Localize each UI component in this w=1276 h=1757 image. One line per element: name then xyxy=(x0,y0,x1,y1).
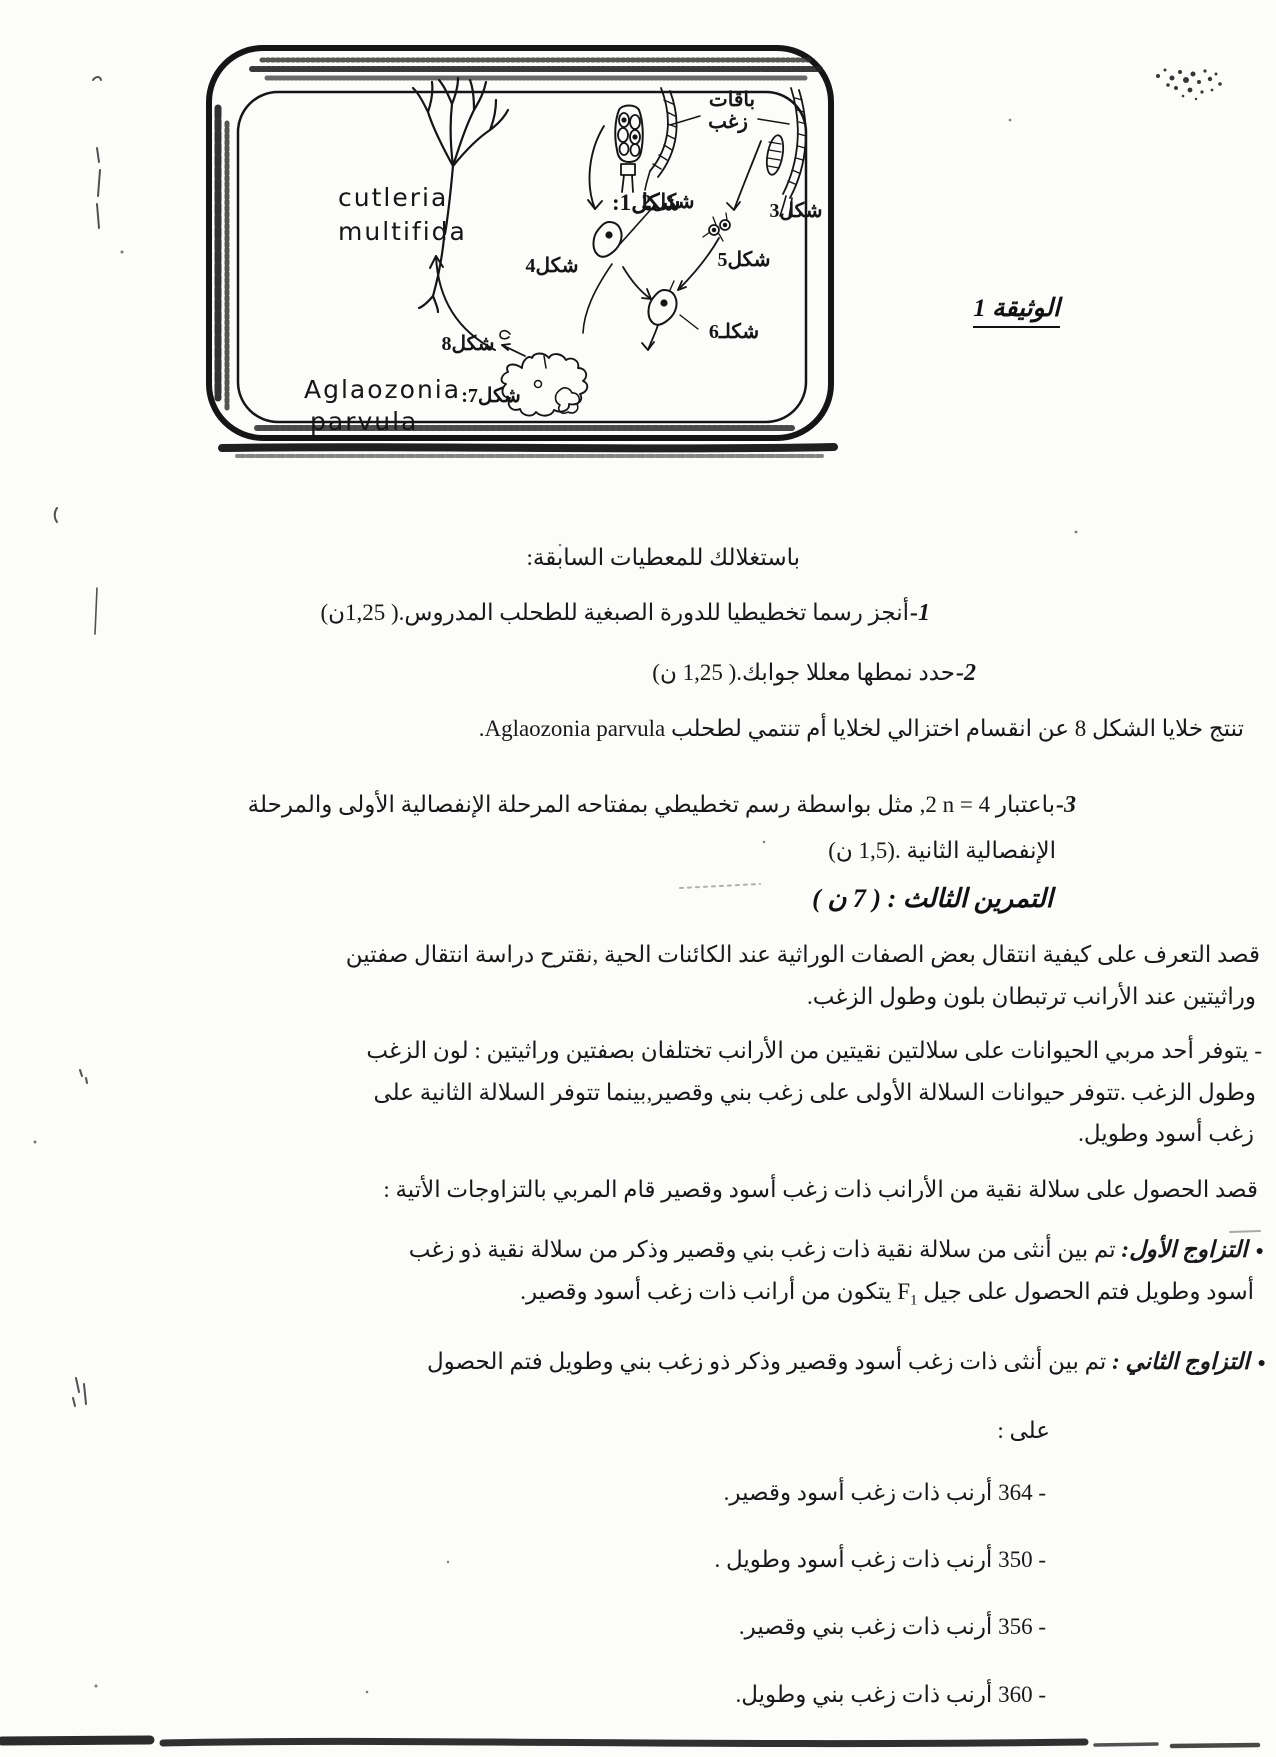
arrow-fig2-to-fig4 xyxy=(588,126,604,209)
exercise-3-paragraph-2-line2: وطول الزغب .تتوفر حيوانات السلالة الأولى… xyxy=(373,1080,1256,1106)
exercise-3-paragraph-1-line2: وراثيتين عند الأرانب ترتبطان بلون وطول ا… xyxy=(807,984,1256,1010)
fig2-filament-drawing xyxy=(645,88,677,190)
fig7-species-name-line2: parvula xyxy=(310,407,418,436)
fig4-label: شكل4 xyxy=(526,255,579,277)
arrow-fig7-to-fig8 xyxy=(502,344,525,356)
fig5-label: شكل5 xyxy=(718,249,771,271)
question-2-number: 2- xyxy=(955,660,976,686)
question-1-text: أنجز رسما تخطيطيا للدورة الصبغية للطحلب … xyxy=(320,600,909,625)
question-3-text-pre: باعتبار xyxy=(990,792,1055,817)
result-item-4: - 360 أرنب ذات زغب بني وطويل. xyxy=(735,1682,1046,1708)
cross-1-line2-pre: أسود وطويل فتم الحصول على جيل xyxy=(917,1279,1254,1304)
arrow-fig4-to-fig6 xyxy=(623,267,651,299)
question-3-text-post: , مثل بواسطة رسم تخطيطي بمفتاحه المرحلة … xyxy=(248,792,926,817)
algae-lifecycle-diagram: cutleria شكل1: multifida باقات زغب شكل2 … xyxy=(192,38,852,462)
f1-generation-symbol: F1 xyxy=(897,1279,917,1310)
fig7-species-name-line1: Aglaozonia xyxy=(304,375,461,404)
scanned-exam-page: cutleria شكل1: multifida باقات زغب شكل2 … xyxy=(0,0,1276,1757)
fig3-label: شكل3 xyxy=(770,200,823,222)
cross-1-title: التزاوج الأول: xyxy=(1121,1237,1247,1262)
fig4-zoospore-drawing xyxy=(583,206,654,333)
fig6-label: شكلـ6 xyxy=(709,321,759,343)
fig6-zygote-drawing xyxy=(648,281,698,329)
fig5-gametes-drawing xyxy=(703,213,730,241)
fig8-label: شكل8 xyxy=(442,333,495,355)
question-3-line2: الإنفصالية الثانية .(1,5 ن) xyxy=(828,838,1056,864)
fig7-label: شكل7: xyxy=(461,385,521,407)
fuzz-label-line1: باقات xyxy=(709,89,755,111)
result-item-3: - 356 أرنب ذات زغب بني وقصير. xyxy=(739,1614,1046,1640)
exercise-3-heading: التمرين الثالث : ( 7 ن ) xyxy=(812,884,1053,914)
fig1-species-name-line1: cutleria xyxy=(338,183,448,212)
fig8-doodle xyxy=(500,331,510,339)
result-item-1: - 364 أرنب ذات زغب أسود وقصير. xyxy=(724,1480,1046,1506)
question-1-number: 1- xyxy=(909,600,930,626)
fig1-species-name-line2: multifida xyxy=(338,217,467,246)
cross-2-title: التزاوج الثاني : xyxy=(1112,1349,1249,1374)
f1-base: F xyxy=(897,1279,910,1304)
question-2: 2-حدد نمطها معللا جوابك.( 1,25 ن) xyxy=(652,660,976,687)
cross-1-bullet-icon: ● xyxy=(1256,1244,1264,1259)
fuzz-label-line2: زغب xyxy=(708,111,748,134)
question-3-formula: 2 n = 4 xyxy=(925,792,990,818)
cross-1-line1: ●التزاوج الأول: تم بين أنثى من سلالة نقي… xyxy=(409,1237,1264,1263)
cross-1-text: تم بين أنثى من سلالة نقية ذات زغب بني وق… xyxy=(409,1237,1122,1262)
note-figure8: تنتج خلايا الشكل 8 عن انقسام اختزالي لخل… xyxy=(479,716,1244,742)
exercise-3-paragraph-1-line1: قصد التعرف على كيفية انتقال بعض الصفات ا… xyxy=(346,942,1260,968)
question-2-text: حدد نمطها معللا جوابك.( 1,25 ن) xyxy=(652,660,955,685)
cross-1-line2: أسود وطويل فتم الحصول على جيل F1 يتكون م… xyxy=(520,1279,1254,1310)
cross-2-line1: ●التزاوج الثاني : تم بين أنثى ذات زغب أس… xyxy=(427,1349,1266,1375)
result-item-2: - 350 أرنب ذات زغب أسود وطويل . xyxy=(714,1547,1046,1573)
question-1: 1-أنجز رسما تخطيطيا للدورة الصبغية للطحل… xyxy=(320,600,930,627)
exercise-3-paragraph-2-line1: - يتوفر أحد مربي الحيوانات على سلالتين ن… xyxy=(366,1038,1262,1064)
cross-2-text: تم بين أنثى ذات زغب أسود وقصير وذكر ذو ز… xyxy=(427,1349,1112,1374)
left-margin-marks xyxy=(55,77,101,1406)
intro-line: باستغلالك للمعطيات السابقة: xyxy=(527,545,801,571)
document-1-label: الوثيقة 1 xyxy=(973,293,1060,328)
fig2-label: شكل2 xyxy=(642,191,695,213)
arrow-fig5-to-fig6 xyxy=(678,238,719,290)
arrow-fig6-to-fig7 xyxy=(642,325,658,350)
cross-1-line2-post: يتكون من أرانب ذات زغب أسود وقصير. xyxy=(520,1279,897,1304)
exercise-3-paragraph-3: قصد الحصول على سلالة نقية من الأرانب ذات… xyxy=(383,1177,1258,1203)
question-3: 3-باعتبار 2 n = 4, مثل بواسطة رسم تخطيطي… xyxy=(248,792,1076,819)
question-3-number: 3- xyxy=(1055,792,1076,818)
exercise-3-paragraph-2-line3: زغب أسود وطويل. xyxy=(1078,1121,1254,1147)
top-right-smudge xyxy=(1156,69,1222,101)
fig3-filament-drawing xyxy=(764,88,806,218)
arrow-fig3-to-fig5 xyxy=(727,141,761,210)
cross-2-bullet-icon: ● xyxy=(1258,1356,1266,1371)
cross-2-continuation: على : xyxy=(997,1418,1050,1444)
fig2-gametangium-drawing xyxy=(615,106,642,193)
